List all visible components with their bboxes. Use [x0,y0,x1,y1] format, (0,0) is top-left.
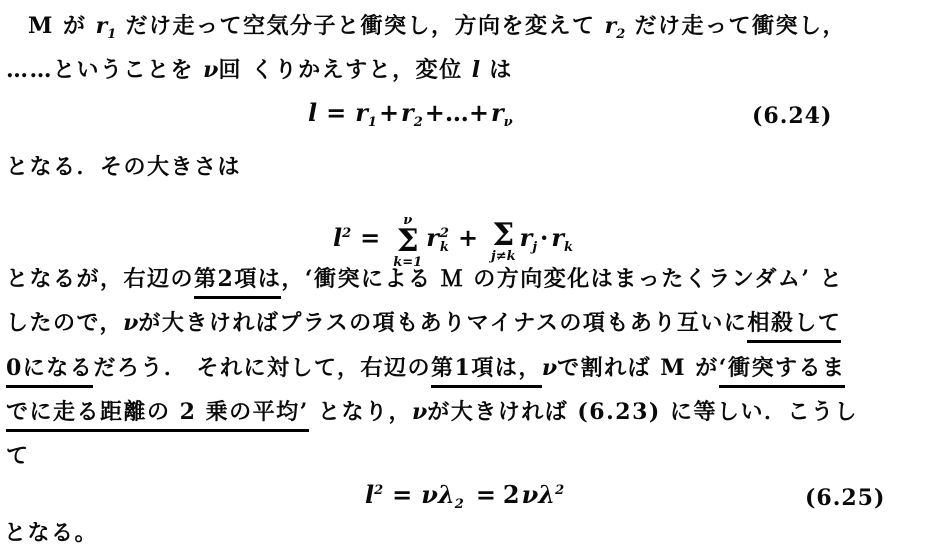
superscript: 2 [374,483,383,498]
math-var-rk: r [551,223,564,252]
jp-text-run: M が [28,13,96,39]
equals-sign: = [326,98,346,127]
sigma-symbol: Σ [397,227,419,256]
paragraph2-line4: でに走る距離の 2 乗の平均’ となり，νが大きければ (6.23) に等しい．… [6,397,858,429]
math-var-r2: r [605,13,617,39]
jp-text-run: となるが，右辺の [6,266,194,292]
equation-number-624: (6.24) [752,103,832,129]
jp-text-run: で割れば M が [557,355,719,381]
summation-jk: Σj≠k [491,221,516,263]
paragraph2-line1: となるが，右辺の第2項は，‘衝突による Ｍ の方向変化はまったくランダム’ と [6,264,843,296]
coefficient-2: 2 [503,480,520,509]
dot-product: · [540,223,548,252]
jp-text-run: となる．その大きさは [6,154,241,180]
math-var-nu: ν [412,399,427,425]
math-var-rj: r [520,223,533,252]
subscript: k [440,241,449,255]
math-var-nu: ν [123,310,138,336]
math-var-nu: ν [542,355,557,381]
jp-text-run: したので， [6,310,123,336]
equals-sign: = [360,223,380,252]
jp-text-run: となり， [309,399,412,425]
plus-sign: + [379,98,399,127]
summation-k: νΣk=1 [393,214,422,269]
transition-line2: となる。 [4,518,98,550]
stacked-scripts: 2k [440,227,449,254]
paragraph2-line2: したので，νが大きければプラスの項もありマイナスの項もあり互いに相殺して [6,308,841,340]
jp-text-run: は [480,57,513,83]
plus-ellipsis: +…+ [425,98,489,127]
math-var-r1: r [355,98,368,127]
equation-625: l2=νλ2=2νλ2 [365,483,564,511]
jp-text-run: ，‘衝突による Ｍ の方向変化はまったくランダム’ と [281,266,843,292]
underlined-phrase-term2: 第2項は [194,266,281,299]
math-var-l: l [472,57,480,83]
underlined-phrase-term1: 第1項は， [431,355,542,388]
equals-sign: = [392,480,412,509]
math-var-l: l [308,98,317,127]
underlined-phrase-zero: 0になる [6,355,93,388]
subscript: ν [504,115,513,130]
transition-line1: となる．その大きさは [6,152,241,184]
jp-text-run: 回 くりかえすと，変位 [218,57,471,83]
math-var-nu: ν [203,57,218,83]
math-var-l: l [365,480,374,509]
math-var-rnu: r [491,98,504,127]
superscript: 2 [440,227,449,241]
subscript: j [532,240,537,255]
plus-sign: + [458,223,478,252]
math-var-nu: ν [421,480,438,509]
math-var-nu: ν [522,480,539,509]
superscript: 2 [555,483,564,498]
subscript: k [564,240,573,255]
jp-text-run: て [6,443,30,469]
underlined-phrase-cancel: 相殺して [747,310,841,343]
math-var-rk: r [426,223,439,252]
jp-text-run: ……ということを [6,57,203,83]
equation-624: l=r1+r2+…+rν [308,101,513,129]
math-var-lambda: λ [538,480,555,509]
paragraph2-line5: て [6,441,30,473]
jp-text-run: が大きければプラスの項もありマイナスの項もあり互いに [138,310,747,336]
equals-sign: = [476,480,496,509]
paragraph2-line3: 0になるだろう． それに対して，右辺の第1項は，νで割れば M が‘衝突するま [6,353,845,385]
math-var-l: l [333,223,342,252]
subscript: 1 [107,27,116,42]
sum-lower-limit: j≠k [491,250,516,263]
jp-text-run: だけ走って衝突し， [625,13,846,39]
subscript: 2 [414,115,423,130]
math-var-r2: r [401,98,414,127]
jp-text-run: だろう． それに対して，右辺の [93,355,431,381]
jp-text-run: が大きければ (6.23) に等しい．こうし [427,399,858,425]
underlined-phrase-mean-square: でに走る距離の 2 乗の平均’ [6,399,309,432]
underlined-phrase-collide: ‘衝突するま [719,355,846,388]
jp-text-run: だけ走って空気分子と衝突し，方向を変えて [116,13,604,39]
subscript: 1 [368,115,377,130]
equation-sum: l2=νΣk=1r2k+Σj≠krj·rk [333,212,573,267]
subscript: 2 [616,27,625,42]
equation-number-625: (6.25) [805,485,885,511]
math-var-lambda: λ [438,480,455,509]
superscript: 2 [342,226,351,241]
textbook-page: M が r1 だけ走って空気分子と衝突し，方向を変えて r2 だけ走って衝突し，… [0,0,939,552]
subscript: 2 [455,497,464,512]
jp-text-run: となる。 [4,520,98,546]
sigma-symbol: Σ [492,221,514,250]
paragraph1-line2: ……ということを ν回 くりかえすと，変位 l は [6,55,513,87]
paragraph1-line1: M が r1 だけ走って空気分子と衝突し，方向を変えて r2 だけ走って衝突し， [28,11,846,45]
math-var-r1: r [96,13,108,39]
